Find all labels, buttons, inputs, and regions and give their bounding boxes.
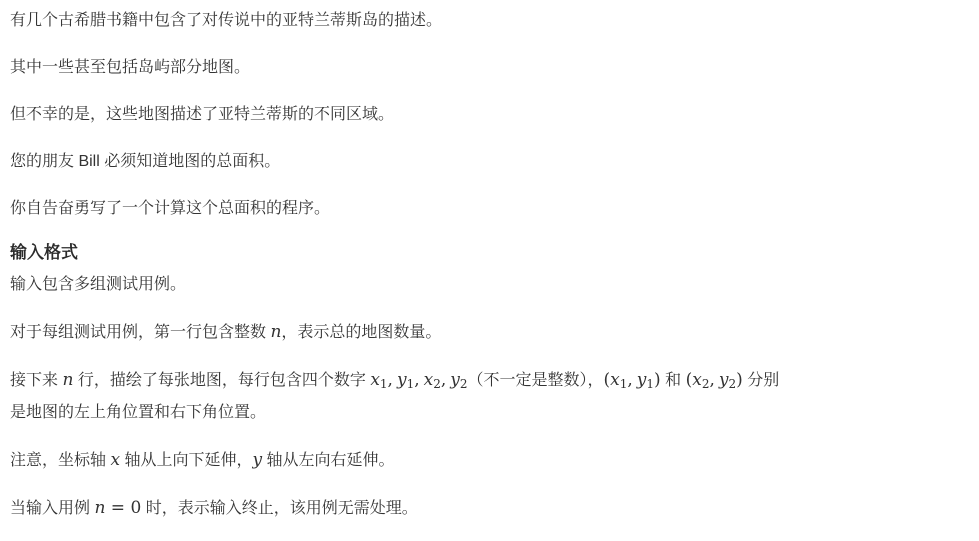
statement-line-5: 你自告奋勇写了一个计算这个总面积的程序。 — [10, 193, 969, 225]
input-terminate-note: 当输入用例 n = 0 时，表示输入终止，该用例无需处理。 — [10, 492, 969, 525]
input-line-1: 输入包含多组测试用例。 — [10, 269, 969, 301]
input-format-heading: 输入格式 — [10, 240, 969, 265]
input-line-3: 接下来 n 行，描绘了每张地图，每行包含四个数字 x1,y1,x2,y2（不一定… — [10, 364, 969, 429]
math-expression: y — [253, 450, 263, 470]
statement-line-4: 您的朋友 Bill 必须知道地图的总面积。 — [10, 146, 969, 178]
input-line-2: 对于每组测试用例，第一行包含整数 n，表示总的地图数量。 — [10, 316, 969, 349]
math-expression: (x1,y1) — [604, 370, 661, 390]
statement-line-3: 但不幸的是，这些地图描述了亚特兰蒂斯的不同区域。 — [10, 99, 969, 131]
math-expression: n — [270, 322, 281, 342]
statement-line-1: 有几个古希腊书籍中包含了对传说中的亚特兰蒂斯岛的描述。 — [10, 5, 969, 37]
math-expression: (x2,y2) — [686, 370, 743, 390]
math-expression: x — [110, 450, 120, 470]
math-expression: x1,y1,x2,y2 — [370, 370, 467, 390]
input-note-axes: 注意，坐标轴 x 轴从上向下延伸，y 轴从左向右延伸。 — [10, 444, 969, 477]
math-expression: n = 0 — [94, 498, 141, 518]
statement-line-2: 其中一些甚至包括岛屿部分地图。 — [10, 52, 969, 84]
math-expression: n — [62, 370, 73, 390]
problem-statement: 有几个古希腊书籍中包含了对传说中的亚特兰蒂斯岛的描述。其中一些甚至包括岛屿部分地… — [0, 0, 979, 525]
page: { "page": { "background": "#ffffff", "te… — [0, 0, 979, 541]
